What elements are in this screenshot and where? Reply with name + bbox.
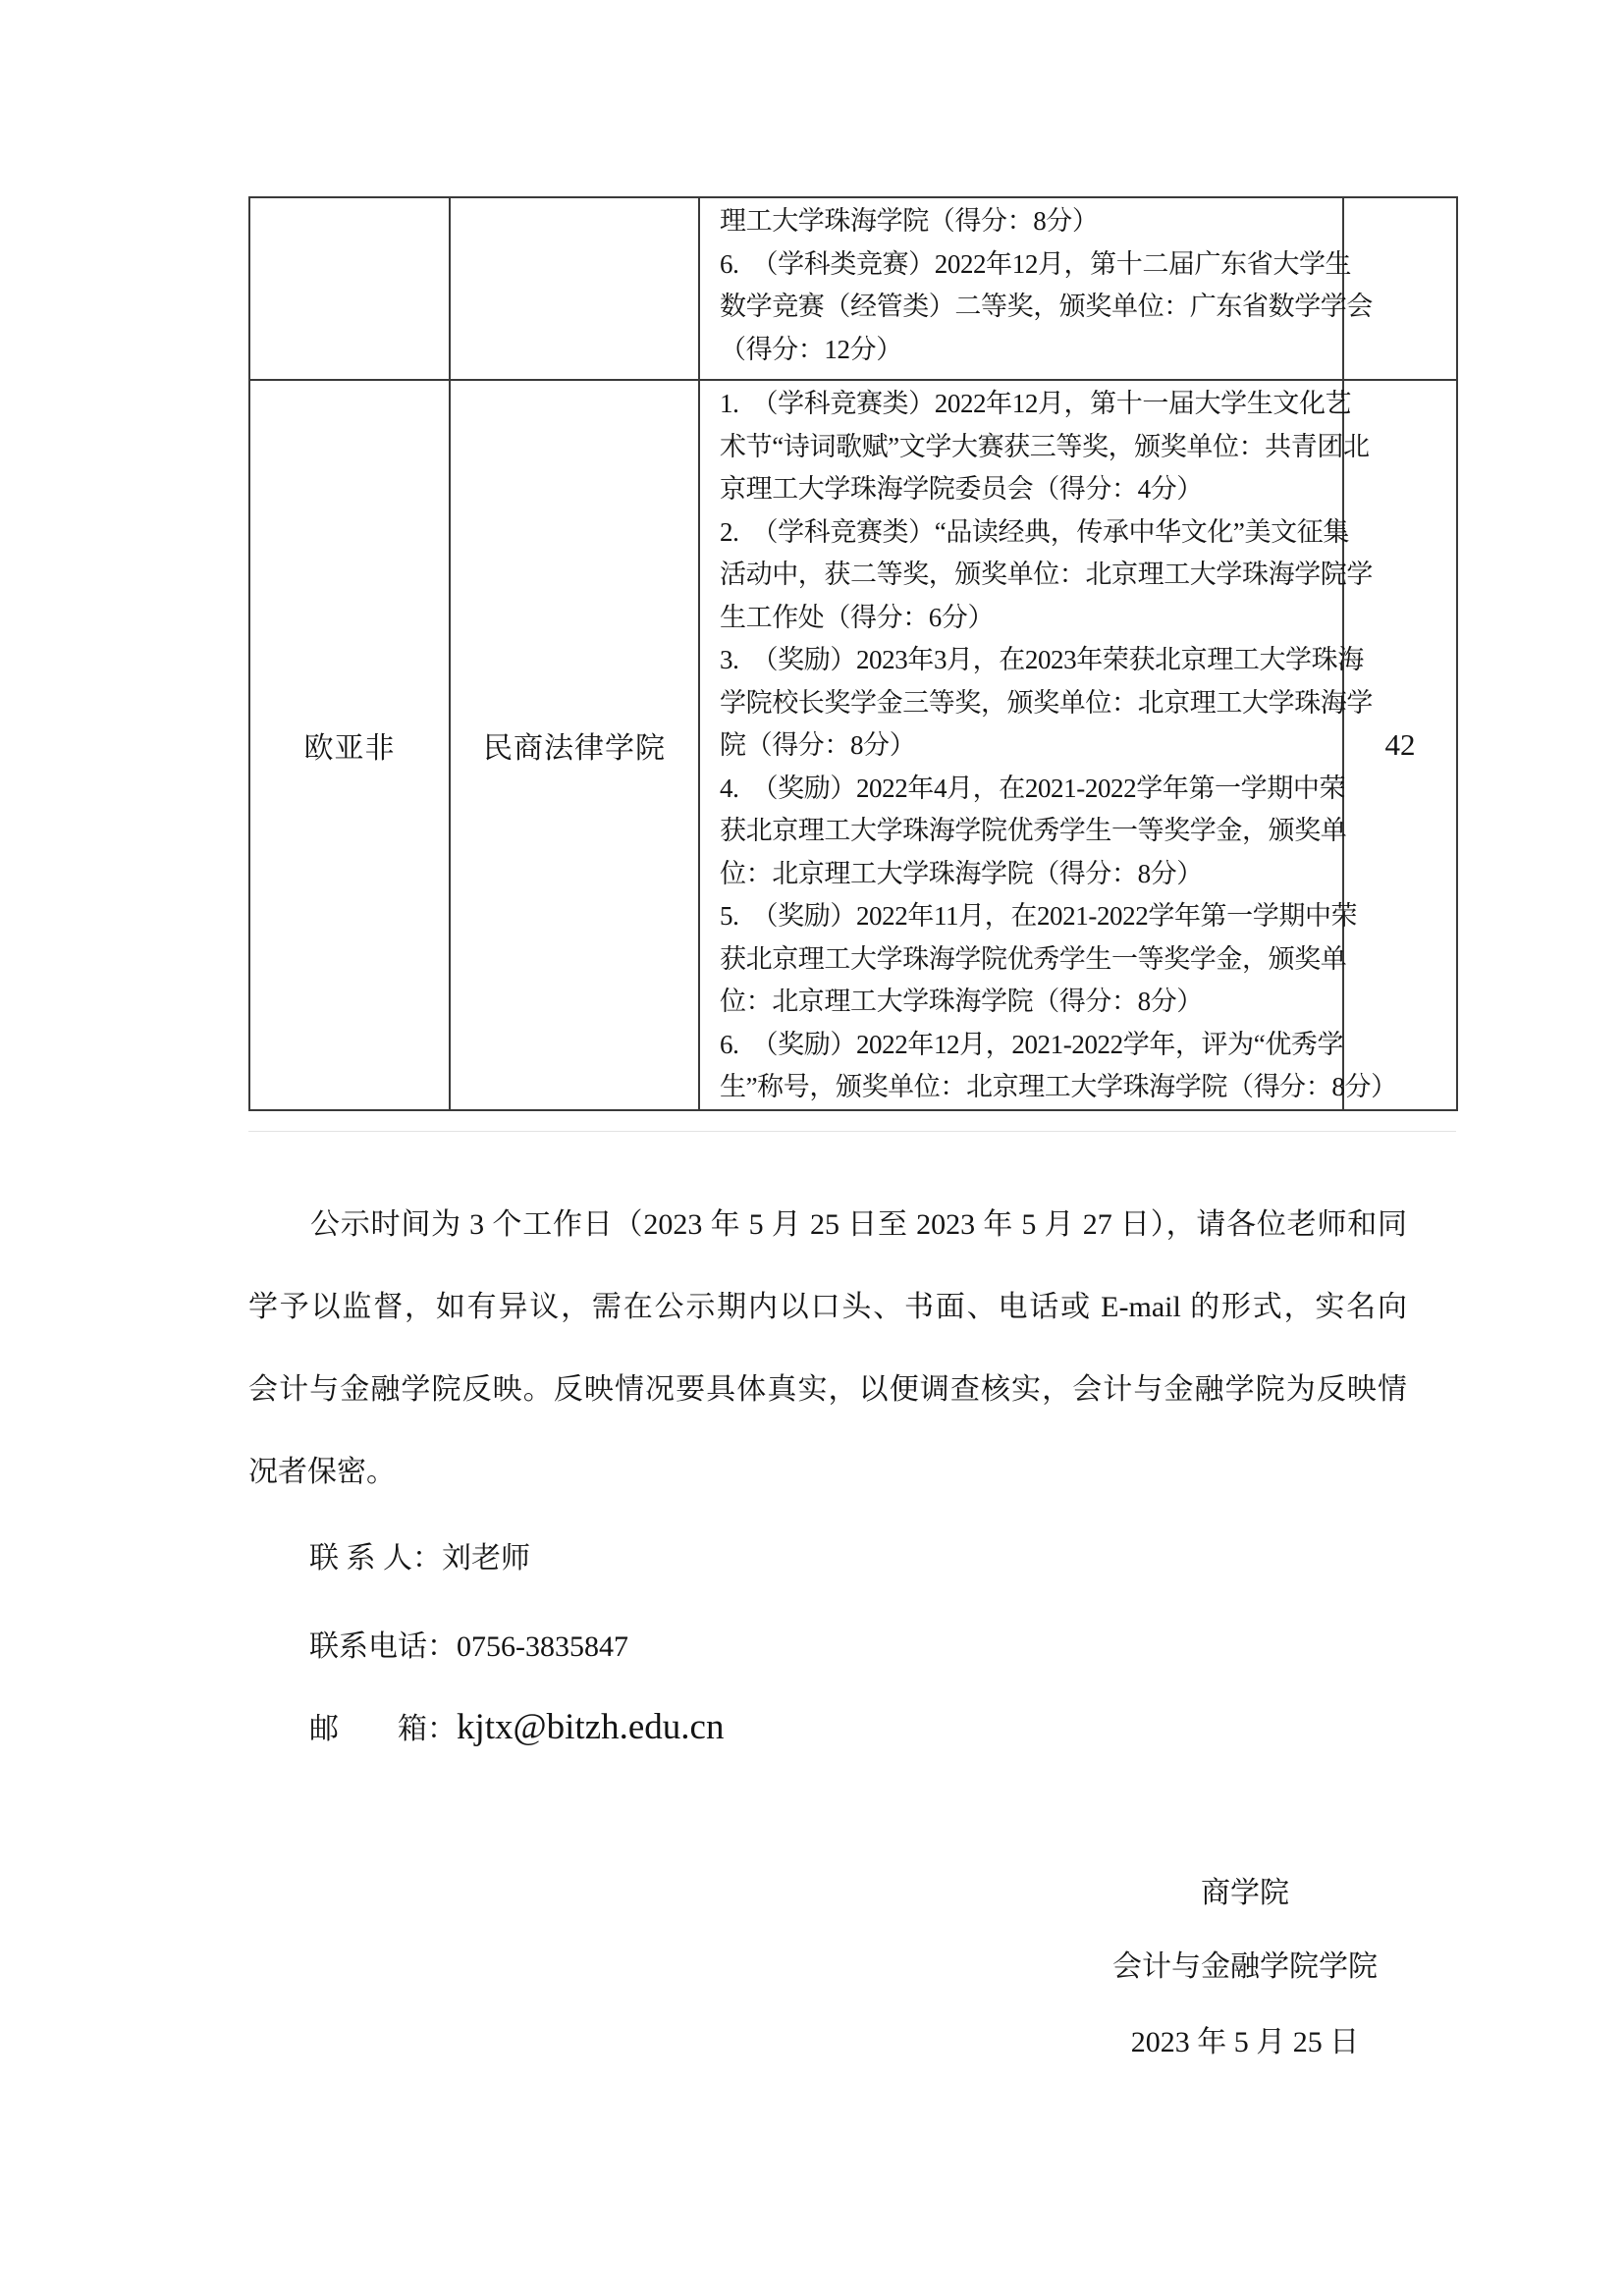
contact-email-line: 邮 箱：kjtx@bitzh.edu.cn [309, 1706, 724, 1751]
table-row-student: 欧亚非 民商法律学院 1. （学科竞赛类）2022年12月，第十一届大学生文化艺… [249, 380, 1457, 1110]
award-line: 学院校长奖学金三等奖，颁奖单位：北京理工大学珠海学 [720, 682, 1334, 725]
student-name-cell: 欧亚非 [249, 380, 450, 1110]
contact-person-label: 联 系 人： [309, 1542, 442, 1575]
paragraph-line: 公示时间为 3 个工作日（2023 年 5 月 25 日至 2023 年 5 月… [248, 1184, 1407, 1266]
award-line: 术节“诗词歌赋”文学大赛获三等奖，颁奖单位：共青团北 [720, 426, 1334, 469]
paragraph-line: 学予以监督，如有异议，需在公示期内以口头、书面、电话或 E-mail 的形式，实… [248, 1266, 1407, 1349]
award-line: 获北京理工大学珠海学院优秀学生一等奖学金，颁奖单 [720, 810, 1334, 853]
award-line: 6. （奖励）2022年12月，2021-2022学年，评为“优秀学 [720, 1024, 1334, 1067]
paragraph-line: 况者保密。 [248, 1431, 1407, 1514]
score-cell [1343, 197, 1457, 380]
award-lines: 理工大学珠海学院（得分：8分）6. （学科类竞赛）2022年12月，第十二届广东… [720, 200, 1334, 371]
award-line: 位：北京理工大学珠海学院（得分：8分） [720, 981, 1334, 1024]
award-line: 3. （奖励）2023年3月，在2023年荣获北京理工大学珠海 [720, 639, 1334, 682]
signature-department: 商学院 [950, 1873, 1540, 1914]
award-line: 1. （学科竞赛类）2022年12月，第十一届大学生文化艺 [720, 383, 1334, 426]
award-line: 数学竞赛（经管类）二等奖，颁奖单位：广东省数学学会 [720, 286, 1334, 329]
scan-artifact-rule [248, 1131, 1456, 1132]
award-line: 院（得分：8分） [720, 724, 1334, 768]
contact-email-label: 邮 箱： [309, 1713, 457, 1745]
score-cell: 42 [1343, 380, 1457, 1110]
college-cell: 民商法律学院 [450, 380, 699, 1110]
signature-date: 2023 年 5 月 25 日 [950, 2022, 1540, 2063]
awards-table: 理工大学珠海学院（得分：8分）6. （学科类竞赛）2022年12月，第十二届广东… [248, 196, 1458, 1111]
student-name-cell [249, 197, 450, 380]
award-line: 理工大学珠海学院（得分：8分） [720, 200, 1334, 243]
table-row-partial: 理工大学珠海学院（得分：8分）6. （学科类竞赛）2022年12月，第十二届广东… [249, 197, 1457, 380]
paragraph-line: 会计与金融学院反映。反映情况要具体真实，以便调查核实，会计与金融学院为反映情 [248, 1349, 1407, 1431]
awards-cell: 理工大学珠海学院（得分：8分）6. （学科类竞赛）2022年12月，第十二届广东… [699, 197, 1343, 380]
award-line: 生工作处（得分：6分） [720, 597, 1334, 640]
award-line: 4. （奖励）2022年4月，在2021-2022学年第一学期中荣 [720, 768, 1334, 811]
award-line: 京理工大学珠海学院委员会（得分：4分） [720, 468, 1334, 511]
signature-organization: 会计与金融学院学院 [950, 1947, 1540, 1988]
award-line: 活动中，获二等奖，颁奖单位：北京理工大学珠海学院学 [720, 554, 1334, 597]
award-line: 位：北京理工大学珠海学院（得分：8分） [720, 853, 1334, 896]
contact-person-line: 联 系 人：刘老师 [309, 1537, 530, 1580]
awards-cell: 1. （学科竞赛类）2022年12月，第十一届大学生文化艺术节“诗词歌赋”文学大… [699, 380, 1343, 1110]
college-cell [450, 197, 699, 380]
contact-phone-label: 联系电话： [309, 1630, 457, 1663]
document-page: 理工大学珠海学院（得分：8分）6. （学科类竞赛）2022年12月，第十二届广东… [0, 0, 1624, 2296]
contact-email-value: kjtx@bitzh.edu.cn [457, 1707, 724, 1747]
award-line: （得分：12分） [720, 329, 1334, 372]
award-line: 获北京理工大学珠海学院优秀学生一等奖学金，颁奖单 [720, 938, 1334, 982]
contact-person-value: 刘老师 [442, 1542, 530, 1575]
award-line: 生”称号，颁奖单位：北京理工大学珠海学院（得分：8分） [720, 1066, 1334, 1109]
award-line: 5. （奖励）2022年11月，在2021-2022学年第一学期中荣 [720, 895, 1334, 938]
award-line: 2. （学科竞赛类）“品读经典，传承中华文化”美文征集 [720, 511, 1334, 555]
contact-phone-line: 联系电话：0756-3835847 [309, 1626, 628, 1669]
award-lines: 1. （学科竞赛类）2022年12月，第十一届大学生文化艺术节“诗词歌赋”文学大… [720, 383, 1334, 1109]
public-notice-paragraph: 公示时间为 3 个工作日（2023 年 5 月 25 日至 2023 年 5 月… [248, 1184, 1407, 1514]
contact-phone-value: 0756-3835847 [457, 1630, 628, 1663]
award-line: 6. （学科类竞赛）2022年12月，第十二届广东省大学生 [720, 243, 1334, 287]
